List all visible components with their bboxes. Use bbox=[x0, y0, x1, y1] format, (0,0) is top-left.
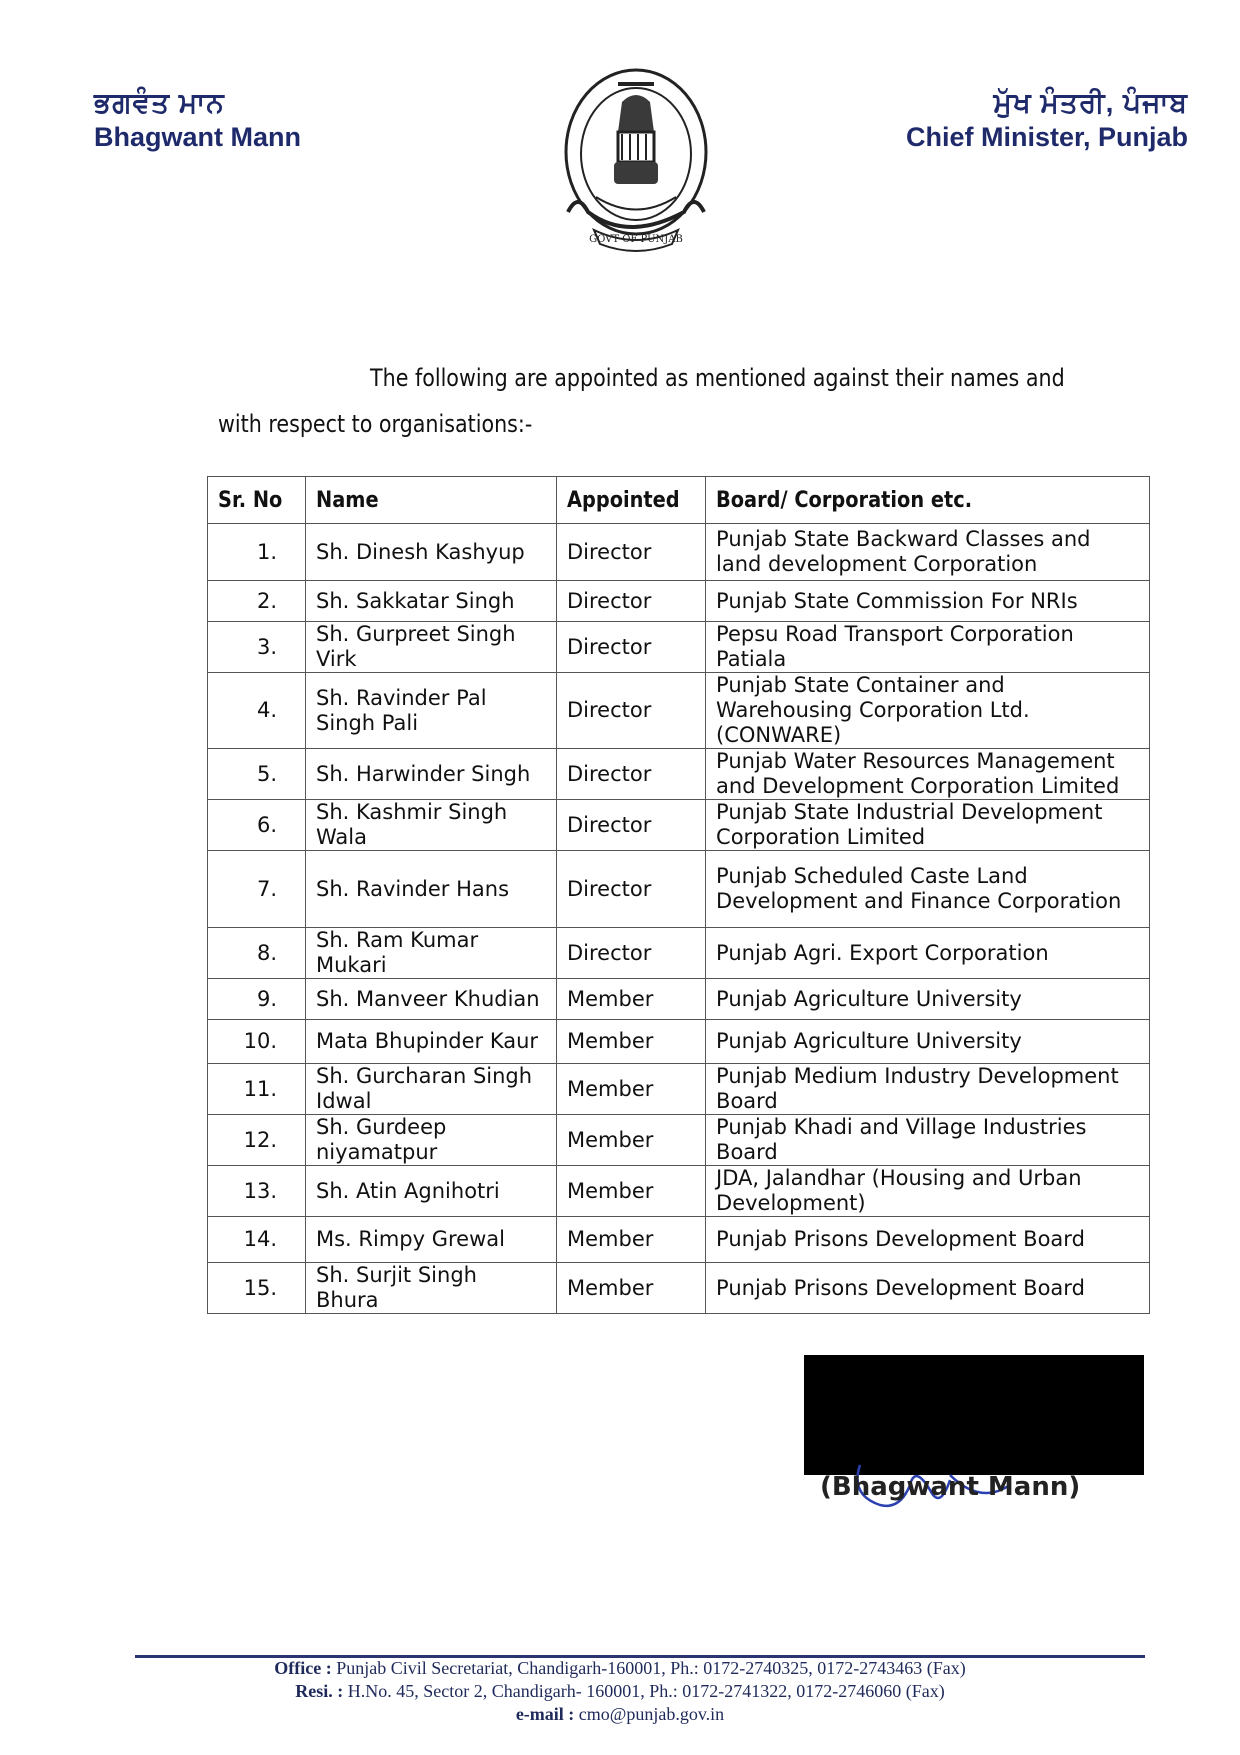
board-cell: Punjab Scheduled Caste Land Development … bbox=[706, 851, 1150, 928]
board-cell: Punjab Khadi and Village Industries Boar… bbox=[706, 1115, 1150, 1166]
sr-no-cell: 14. bbox=[208, 1217, 306, 1263]
board-cell: Punjab State Backward Classes and land d… bbox=[706, 524, 1150, 581]
appointed-cell: Director bbox=[557, 581, 706, 622]
sr-no-cell: 3. bbox=[208, 622, 306, 673]
letterhead-right: ਮੁੱਖ ਮੰਤਰੀ, ਪੰਜਾਬ Chief Minister, Punjab bbox=[906, 86, 1188, 154]
board-cell: Punjab Medium Industry Development Board bbox=[706, 1064, 1150, 1115]
table-row: 8.Sh. Ram Kumar MukariDirectorPunjab Agr… bbox=[208, 928, 1150, 979]
sr-no-cell: 8. bbox=[208, 928, 306, 979]
name-cell: Sh. Gurcharan Singh Idwal bbox=[306, 1064, 557, 1115]
appointed-cell: Member bbox=[557, 1115, 706, 1166]
table-row: 12.Sh. Gurdeep niyamatpurMemberPunjab Kh… bbox=[208, 1115, 1150, 1166]
sr-no-cell: 4. bbox=[208, 673, 306, 749]
intro-line-2: with respect to organisations:- bbox=[218, 410, 532, 438]
table-header-row: Sr. No Name Appointed Board/ Corporation… bbox=[208, 477, 1150, 524]
header-board: Board/ Corporation etc. bbox=[706, 477, 1150, 524]
appointed-cell: Director bbox=[557, 851, 706, 928]
board-cell: Punjab Agri. Export Corporation bbox=[706, 928, 1150, 979]
name-cell: Sh. Dinesh Kashyup bbox=[306, 524, 557, 581]
appointed-cell: Member bbox=[557, 979, 706, 1020]
name-cell: Sh. Atin Agnihotri bbox=[306, 1166, 557, 1217]
appointed-cell: Member bbox=[557, 1217, 706, 1263]
name-cell: Sh. Kashmir Singh Wala bbox=[306, 800, 557, 851]
sr-no-cell: 12. bbox=[208, 1115, 306, 1166]
name-cell: Sh. Harwinder Singh bbox=[306, 749, 557, 800]
sr-no-cell: 11. bbox=[208, 1064, 306, 1115]
sr-no-cell: 15. bbox=[208, 1263, 306, 1314]
name-cell: Sh. Ravinder Pal Singh Pali bbox=[306, 673, 557, 749]
table-row: 3.Sh. Gurpreet Singh VirkDirectorPepsu R… bbox=[208, 622, 1150, 673]
sr-no-cell: 5. bbox=[208, 749, 306, 800]
footer-email: e-mail : cmo@punjab.gov.in bbox=[0, 1704, 1240, 1725]
name-cell: Sh. Gurpreet Singh Virk bbox=[306, 622, 557, 673]
appointed-cell: Member bbox=[557, 1166, 706, 1217]
board-cell: Punjab Prisons Development Board bbox=[706, 1217, 1150, 1263]
appointed-cell: Director bbox=[557, 524, 706, 581]
table-row: 10.Mata Bhupinder KaurMemberPunjab Agric… bbox=[208, 1020, 1150, 1064]
name-cell: Mata Bhupinder Kaur bbox=[306, 1020, 557, 1064]
sr-no-cell: 1. bbox=[208, 524, 306, 581]
board-cell: JDA, Jalandhar (Housing and Urban Develo… bbox=[706, 1166, 1150, 1217]
board-cell: Punjab Water Resources Management and De… bbox=[706, 749, 1150, 800]
appointed-cell: Member bbox=[557, 1064, 706, 1115]
appointments-table: Sr. No Name Appointed Board/ Corporation… bbox=[207, 476, 1150, 1314]
appointed-cell: Member bbox=[557, 1263, 706, 1314]
appointed-cell: Director bbox=[557, 800, 706, 851]
table-row: 7.Sh. Ravinder HansDirectorPunjab Schedu… bbox=[208, 851, 1150, 928]
title-english: Chief Minister, Punjab bbox=[906, 120, 1188, 154]
board-cell: Pepsu Road Transport Corporation Patiala bbox=[706, 622, 1150, 673]
board-cell: Punjab State Container and Warehousing C… bbox=[706, 673, 1150, 749]
table-row: 13.Sh. Atin AgnihotriMemberJDA, Jalandha… bbox=[208, 1166, 1150, 1217]
board-cell: Punjab Agriculture University bbox=[706, 1020, 1150, 1064]
sr-no-cell: 13. bbox=[208, 1166, 306, 1217]
email-link[interactable]: cmo@punjab.gov.in bbox=[579, 1704, 724, 1724]
header-name: Name bbox=[306, 477, 557, 524]
table-row: 9.Sh. Manveer KhudianMemberPunjab Agricu… bbox=[208, 979, 1150, 1020]
table-row: 2.Sh. Sakkatar SinghDirectorPunjab State… bbox=[208, 581, 1150, 622]
name-cell: Sh. Sakkatar Singh bbox=[306, 581, 557, 622]
govt-of-punjab-emblem-icon: GOVT OF PUNJAB bbox=[556, 62, 716, 262]
name-english: Bhagwant Mann bbox=[94, 120, 301, 154]
svg-text:GOVT OF PUNJAB: GOVT OF PUNJAB bbox=[589, 234, 683, 245]
header-sr-no: Sr. No bbox=[208, 477, 306, 524]
table-row: 1.Sh. Dinesh KashyupDirectorPunjab State… bbox=[208, 524, 1150, 581]
sr-no-cell: 6. bbox=[208, 800, 306, 851]
sr-no-cell: 10. bbox=[208, 1020, 306, 1064]
sr-no-cell: 2. bbox=[208, 581, 306, 622]
table-row: 15.Sh. Surjit Singh BhuraMemberPunjab Pr… bbox=[208, 1263, 1150, 1314]
table-row: 5.Sh. Harwinder SinghDirectorPunjab Wate… bbox=[208, 749, 1150, 800]
appointed-cell: Director bbox=[557, 622, 706, 673]
board-cell: Punjab Prisons Development Board bbox=[706, 1263, 1150, 1314]
sr-no-cell: 9. bbox=[208, 979, 306, 1020]
board-cell: Punjab State Industrial Development Corp… bbox=[706, 800, 1150, 851]
signatory-name: (Bhagwant Mann) bbox=[820, 1472, 1080, 1502]
table-row: 11.Sh. Gurcharan Singh IdwalMemberPunjab… bbox=[208, 1064, 1150, 1115]
sr-no-cell: 7. bbox=[208, 851, 306, 928]
name-cell: Sh. Ram Kumar Mukari bbox=[306, 928, 557, 979]
header-appointed: Appointed bbox=[557, 477, 706, 524]
footer-office: Office : Punjab Civil Secretariat, Chand… bbox=[0, 1658, 1240, 1679]
board-cell: Punjab Agriculture University bbox=[706, 979, 1150, 1020]
table-row: 14.Ms. Rimpy GrewalMemberPunjab Prisons … bbox=[208, 1217, 1150, 1263]
intro-line-1: The following are appointed as mentioned… bbox=[370, 364, 1065, 392]
name-cell: Sh. Gurdeep niyamatpur bbox=[306, 1115, 557, 1166]
name-cell: Ms. Rimpy Grewal bbox=[306, 1217, 557, 1263]
appointed-cell: Member bbox=[557, 1020, 706, 1064]
table-row: 4.Sh. Ravinder Pal Singh PaliDirectorPun… bbox=[208, 673, 1150, 749]
name-cell: Sh. Manveer Khudian bbox=[306, 979, 557, 1020]
appointed-cell: Director bbox=[557, 673, 706, 749]
name-cell: Sh. Ravinder Hans bbox=[306, 851, 557, 928]
name-cell: Sh. Surjit Singh Bhura bbox=[306, 1263, 557, 1314]
board-cell: Punjab State Commission For NRIs bbox=[706, 581, 1150, 622]
appointed-cell: Director bbox=[557, 749, 706, 800]
table-row: 6.Sh. Kashmir Singh WalaDirectorPunjab S… bbox=[208, 800, 1150, 851]
footer-residence: Resi. : H.No. 45, Sector 2, Chandigarh- … bbox=[0, 1681, 1240, 1702]
title-punjabi: ਮੁੱਖ ਮੰਤਰੀ, ਪੰਜਾਬ bbox=[906, 86, 1188, 120]
name-punjabi: ਭਗਵੰਤ ਮਾਨ bbox=[94, 86, 301, 120]
letterhead-left: ਭਗਵੰਤ ਮਾਨ Bhagwant Mann bbox=[94, 86, 301, 154]
appointed-cell: Director bbox=[557, 928, 706, 979]
